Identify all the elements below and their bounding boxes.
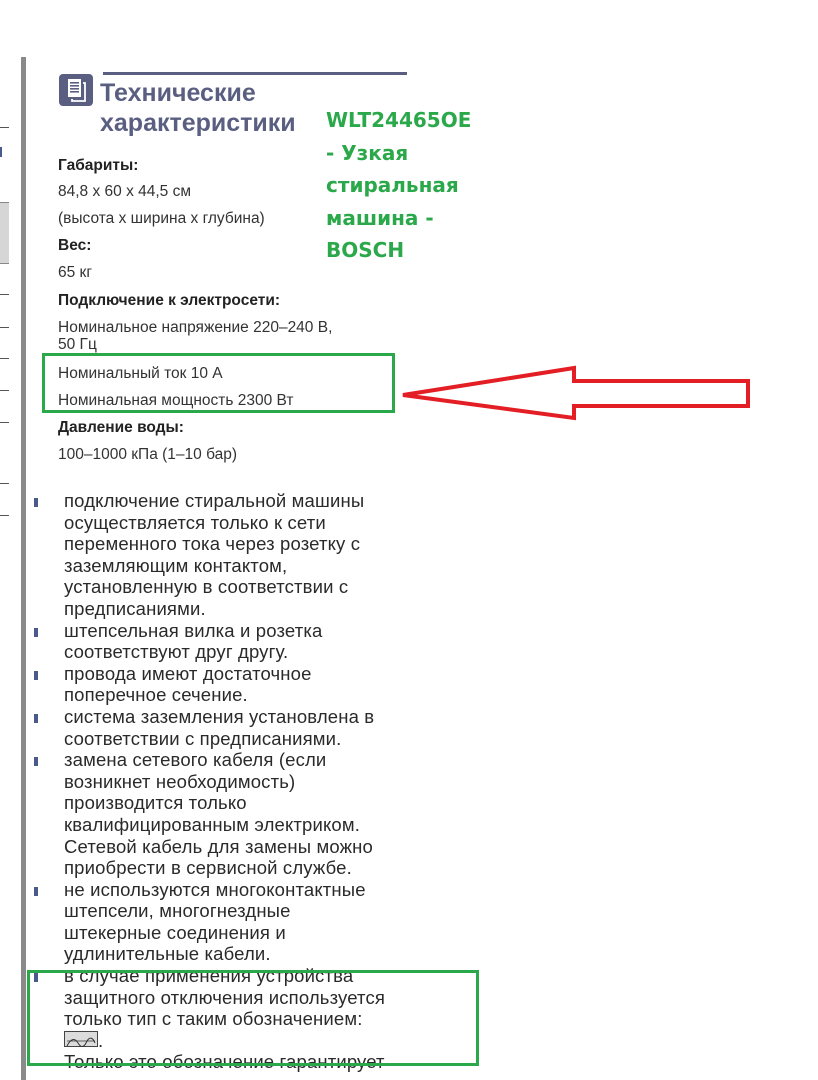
bullet-line: соответствии с предписаниями. [64, 728, 470, 750]
bullet-marker-icon [34, 757, 38, 766]
dimensions-heading: Габариты: [58, 157, 138, 175]
bullet-line: заземляющим контактом, [64, 555, 470, 577]
bullet-line: система заземления установлена в [64, 706, 470, 728]
bullet-marker-icon [34, 671, 38, 680]
bullet-line: штепсельная вилка и розетка [64, 620, 470, 642]
section-title-line: Технические [100, 78, 340, 108]
bullet-line: предписаниями. [64, 598, 470, 620]
bullet-item: подключение стиральной машины осуществля… [30, 490, 470, 620]
bullet-line: соответствуют друг другу. [64, 641, 470, 663]
bullet-line: замена сетевого кабеля (если [64, 749, 470, 771]
neighbor-page-mark [0, 147, 2, 157]
dimensions-note: (высота x ширина x глубина) [58, 210, 265, 228]
voltage-line: Номинальное напряжение 220–240 В, [58, 319, 332, 337]
bullet-item: не используются многоконтактные штепсели… [30, 879, 470, 965]
bullet-line: установленную в соответствии с [64, 576, 470, 598]
bullet-marker-icon [34, 628, 38, 637]
product-annotation-line: машина - [326, 202, 526, 235]
neighbor-page-rule [0, 327, 9, 328]
neighbor-page-rule [0, 422, 9, 423]
water-pressure-value: 100–1000 кПа (1–10 бар) [58, 446, 237, 464]
section-top-rule [103, 72, 407, 75]
power-heading: Подключение к электросети: [58, 292, 280, 310]
neighbor-page-rule [0, 127, 9, 128]
document-icon [59, 74, 93, 106]
voltage-frequency: 50 Гц [58, 336, 97, 354]
bullet-line: возникнет необходимость) [64, 771, 470, 793]
bullet-item: провода имеют достаточное поперечное сеч… [30, 663, 470, 706]
section-title: Технические характеристики [100, 78, 340, 138]
neighbor-page-rule [0, 390, 9, 391]
dimensions-value: 84,8 x 60 x 44,5 см [58, 183, 191, 201]
bullet-item: система заземления установлена в соответ… [30, 706, 470, 749]
bullet-item: штепсельная вилка и розетка соответствую… [30, 620, 470, 663]
product-annotation: WLT24465OE - Узкая стиральная машина - B… [326, 104, 526, 267]
product-annotation-line: стиральная [326, 169, 526, 202]
rcd-highlight-box [27, 970, 479, 1066]
bullet-line: осуществляется только к сети [64, 512, 470, 534]
bullet-line: поперечное сечение. [64, 684, 470, 706]
neighbor-page-rule [0, 294, 9, 295]
bullet-line: удлинительные кабели. [64, 943, 470, 965]
page-divider [21, 57, 26, 1080]
neighbor-page-box [0, 202, 9, 264]
product-annotation-line: BOSCH [326, 234, 526, 267]
bullet-line: приобрести в сервисной службе. [64, 857, 470, 879]
bullet-line: подключение стиральной машины [64, 490, 470, 512]
power-highlight-box [42, 353, 395, 413]
neighbor-page-rule [0, 358, 9, 359]
section-title-line: характеристики [100, 108, 340, 138]
weight-value: 65 кг [58, 264, 92, 282]
water-pressure-heading: Давление воды: [58, 419, 184, 437]
bullet-line: штекерные соединения и [64, 922, 470, 944]
bullet-line: не используются многоконтактные [64, 879, 470, 901]
bullet-marker-icon [34, 498, 38, 507]
product-annotation-line: - Узкая [326, 137, 526, 170]
bullet-line: производится только [64, 792, 470, 814]
bullet-line: квалифицированным электриком. [64, 814, 470, 836]
neighbor-page-rule [0, 483, 9, 484]
weight-heading: Вес: [58, 237, 91, 255]
bullet-marker-icon [34, 887, 38, 896]
product-annotation-line: WLT24465OE [326, 104, 526, 137]
bullet-marker-icon [34, 714, 38, 723]
neighbor-page-rule [0, 515, 9, 516]
bullet-line: провода имеют достаточное [64, 663, 470, 685]
red-arrow-icon [395, 360, 760, 426]
bullet-item: замена сетевого кабеля (если возникнет н… [30, 749, 470, 879]
bullet-line: штепсели, многогнездные [64, 900, 470, 922]
bullet-line: Сетевой кабель для замены можно [64, 836, 470, 858]
bullet-line: переменного тока через розетку с [64, 533, 470, 555]
